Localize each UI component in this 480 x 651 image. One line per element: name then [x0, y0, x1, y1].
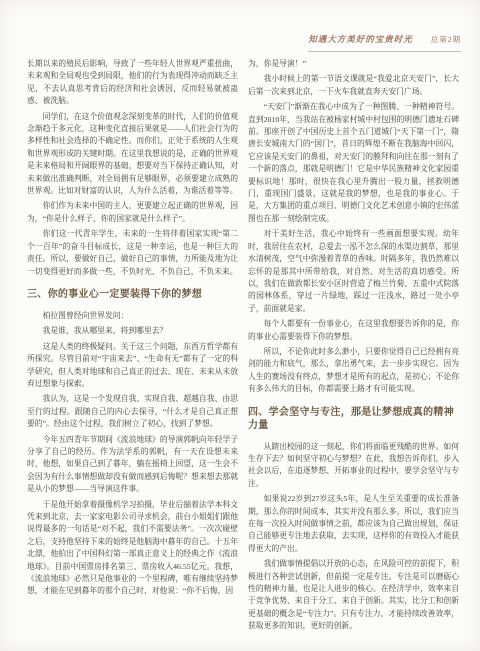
- text-columns: 长期以来的殖民后影响，导致了一些年轻人世界观严重扭曲，未来观和全局观也受到局限，…: [27, 58, 459, 636]
- page-header: 知遇大方美好的宝贵时光 总第2期: [308, 29, 461, 52]
- body-paragraph: 今年五四青年节期间《流浪地球》的导演郭帆向年轻学子分享了自己的经历。作为法学系的…: [27, 434, 238, 496]
- document-page: 知遇大方美好的宝贵时光 总第2期 长期以来的殖民后影响，导致了一些年轻人世界观严…: [0, 0, 480, 651]
- body-paragraph: 我小时候上的第一节语文课就是“我爱北京天安门”，长大后第一次来到北京，一下火车我…: [248, 73, 459, 98]
- body-paragraph: 每个人都要有一份事业心，在这里我想要告诉你的是，你的事业心需要装得下你的梦想。: [248, 318, 459, 343]
- body-paragraph: 我认为，这是一个发现自我、实现自我、超越自我、由思至行的过程。跟随自己的内心去探…: [27, 393, 238, 430]
- body-paragraph: 于是他开始拿着摄像机学习拍摄，毕业后揣着法学本科文凭来到北京，去一家家电影公司寻…: [27, 499, 238, 598]
- body-paragraph: “天安门”渐渐在我心中成为了一种图腾、一种精神符号。直到2010年，当我站在被杨…: [248, 101, 459, 225]
- issue-number: 总第2期: [431, 35, 461, 44]
- body-paragraph: 长期以来的殖民后影响，导致了一些年轻人世界观严重扭曲，未来观和全局观也受到局限，…: [27, 58, 238, 108]
- body-paragraph: 柏拉图曾经向世界发问：: [27, 310, 238, 322]
- column-right: 为，你是导演！”我小时候上的第一节语文课就是“我爱北京天安门”，长大后第一次来到…: [248, 58, 459, 636]
- masthead-title: 知遇大方美好的宝贵时光: [308, 35, 413, 45]
- body-paragraph: 如果说22岁到27岁这头5年，是人生至关重要的成长准备期，那么你的时间成本，其实…: [248, 493, 459, 555]
- section-heading: 四、学会坚守与专注，那是让梦想成真的精神力量: [248, 406, 459, 432]
- body-paragraph: 对于美好生活，我心中始终有一些画面想要实现。幼年时，我居住在农村，总爱去一泓不怎…: [248, 228, 459, 315]
- body-paragraph: 你们作为未来中国的主人，更要建立起正确的世界观，因为，“你是什么样子，你的国家就…: [27, 200, 238, 225]
- body-paragraph: 这是人类的终极疑问。关于这三个问题，东西方哲学都有所探究。尽管目前对“宇宙来去”…: [27, 341, 238, 391]
- section-heading: 三、你的事业心一定要装得下你的梦想: [27, 288, 238, 301]
- body-paragraph: 从踏出校园的这一刻起，你们将面临更残酷的世界。如何生存下去？如何坚守初心与梦想？…: [248, 441, 459, 491]
- body-paragraph: 你们这一代青年学生，未来的一生将伴着国家实现“第二个一百年”的奋斗目标成长，这是…: [27, 228, 238, 278]
- column-left: 长期以来的殖民后影响，导致了一些年轻人世界观严重扭曲，未来观和全局观也受到局限，…: [27, 58, 238, 636]
- body-paragraph: 我是谁，我从哪里来，将到哪里去？: [27, 325, 238, 337]
- body-paragraph: 同学们，在这个价值观念深刻变革的时代，人们的价值观念渐趋于多元化，这种变化直接后…: [27, 111, 238, 198]
- body-paragraph: 我们做事情提倡以开放的心态，在风险可控的前提下，积极进行各种尝试创新，但前提一定…: [248, 558, 459, 632]
- body-paragraph: 为，你是导演！”: [248, 58, 459, 70]
- body-paragraph: 所以，不论你此时多么渺小，只要你觉得自己已经拥有亮剑的能力和底气，那么，拿出勇气…: [248, 346, 459, 396]
